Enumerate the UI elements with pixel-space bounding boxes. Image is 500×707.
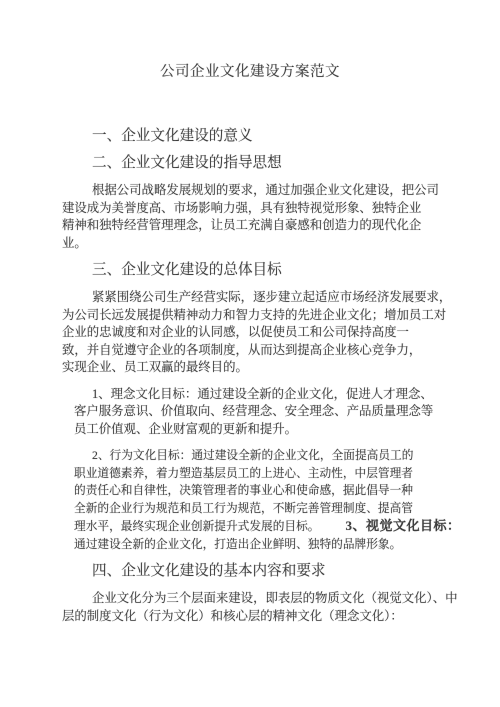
text-line: 层的制度文化（行为文化）和核心层的精神文化（理念文化）： <box>62 608 442 626</box>
text-line: 为公司长远发展提供精神动力和智力支持的先进企业文化；增加员工对 <box>62 307 442 325</box>
text-line: 的责任心和自律性，决策管理者的事业心和使命感，据此倡导一种 <box>74 482 442 500</box>
document-body: 一、企业文化建设的意义二、企业文化建设的指导思想根据公司战略发展规划的要求，通过… <box>0 127 500 625</box>
section-heading: 一、企业文化建设的意义 <box>62 127 442 146</box>
paragraph: 企业文化分为三个层面来建设，即表层的物质文化（视觉文化）、中层的制度文化（行为文… <box>62 590 442 625</box>
paragraph: 1、理念文化目标：通过建设全新的企业文化，促进人才理念、客户服务意识、价值取向、… <box>62 386 442 439</box>
document-title: 公司企业文化建设方案范文 <box>0 0 500 83</box>
text-line: 员工价值观、企业财富观的更新和提升。 <box>74 421 442 439</box>
paragraph: 紧紧围绕公司生产经营实际，逐步建立起适应市场经济发展要求，为公司长远发展提供精神… <box>62 289 442 377</box>
text-line: 实现企业、员工双赢的最终目的。 <box>62 359 442 377</box>
text-line: 1、理念文化目标：通过建设全新的企业文化，促进人才理念、 <box>74 386 442 404</box>
text-line: 企业的忠诚度和对企业的认同感，以促使员工和公司保持高度一 <box>62 324 442 342</box>
emphasized-text-run: 3、视觉文化目标： <box>345 518 460 533</box>
section-heading: 二、企业文化建设的指导思想 <box>62 154 442 173</box>
text-line: 致，并自觉遵守企业的各项制度，从而达到提高企业核心竞争力， <box>62 342 442 360</box>
document-page: 公司企业文化建设方案范文 一、企业文化建设的意义二、企业文化建设的指导思想根据公… <box>0 0 500 707</box>
text-line: 精神和独特经营管理理念，让员工充满自豪感和创造力的现代化企 <box>62 217 442 235</box>
text-line: 2、行为文化目标：通过建设全新的企业文化，全面提高员工的 <box>74 447 442 465</box>
text-line: 业。 <box>62 235 442 253</box>
text-line: 建设成为美誉度高、市场影响力强，具有独特视觉形象、独特企业 <box>62 200 442 218</box>
text-run: 理水平，最终实现企业创新提升式发展的目标。 <box>74 520 319 533</box>
text-line: 企业文化分为三个层面来建设，即表层的物质文化（视觉文化）、中 <box>62 590 442 608</box>
section-heading: 三、企业文化建设的总体目标 <box>62 261 442 280</box>
text-line: 客户服务意识、价值取向、经营理念、安全理念、产品质量理念等 <box>74 403 442 421</box>
text-line: 理水平，最终实现企业创新提升式发展的目标。3、视觉文化目标： <box>74 517 442 536</box>
text-line: 职业道德素养，着力塑造基层员工的上进心、主动性，中层管理者 <box>74 465 442 483</box>
paragraph: 2、行为文化目标：通过建设全新的企业文化，全面提高员工的职业道德素养，着力塑造基… <box>62 447 442 553</box>
text-line: 通过建设全新的企业文化，打造出企业鲜明、独特的品牌形象。 <box>74 536 442 554</box>
text-line: 全新的企业行为规范和员工行为规范，不断完善管理制度、提高管 <box>74 500 442 518</box>
text-line: 根据公司战略发展规划的要求，通过加强企业文化建设，把公司 <box>62 182 442 200</box>
section-heading: 四、企业文化建设的基本内容和要求 <box>62 562 442 581</box>
text-line: 紧紧围绕公司生产经营实际，逐步建立起适应市场经济发展要求， <box>62 289 442 307</box>
paragraph: 根据公司战略发展规划的要求，通过加强企业文化建设，把公司建设成为美誉度高、市场影… <box>62 182 442 252</box>
